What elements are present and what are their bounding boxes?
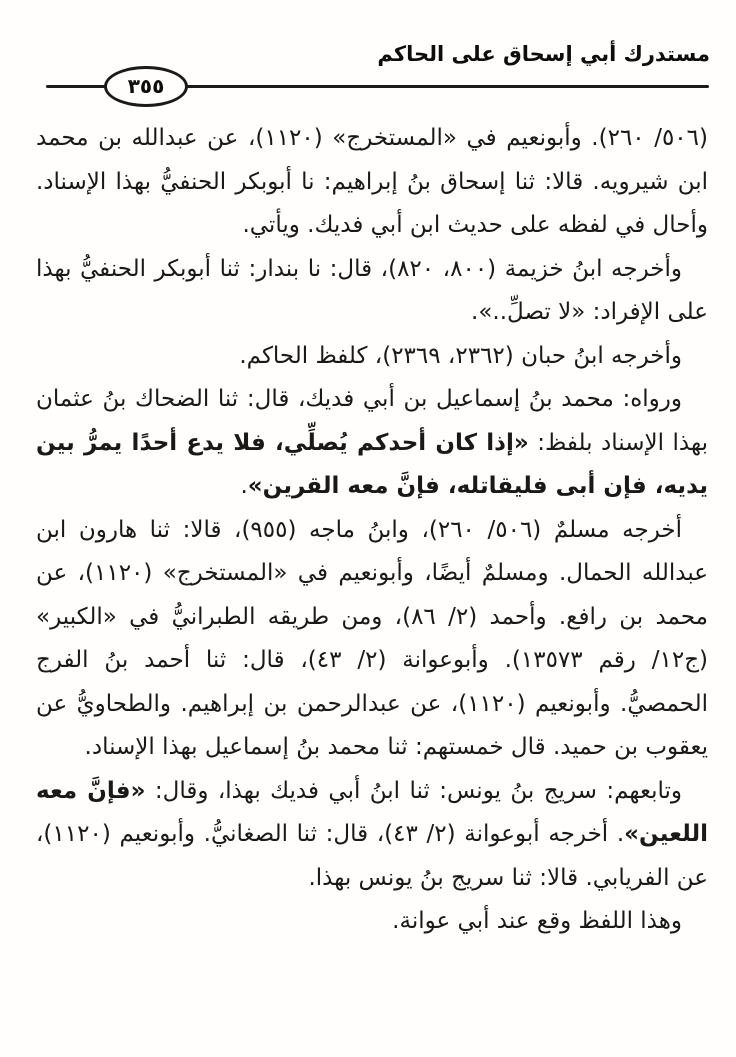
book-page: مستدرك أبي إسحاق على الحاكم ٣٥٥ (٥٠٦/ ٢٦… — [0, 0, 736, 1057]
page-number-badge: ٣٥٥ — [104, 66, 188, 107]
body-text: أخرجه مسلمٌ (٥٠٦/ ٢٦٠)، وابنُ ماجه (٩٥٥)… — [36, 517, 708, 761]
paragraph: وتابعهم: سريج بنُ يونس: ثنا ابنُ أبي فدي… — [36, 770, 708, 901]
body-text: وهذا اللفظ وقع عند أبي عوانة. — [392, 908, 682, 934]
paragraph: (٥٠٦/ ٢٦٠). وأبونعيم في «المستخرج» (١١٢٠… — [36, 117, 708, 248]
paragraph: وأخرجه ابنُ خزيمة (٨٠٠، ٨٢٠)، قال: نا بن… — [36, 248, 708, 335]
page-body: (٥٠٦/ ٢٦٠). وأبونعيم في «المستخرج» (١١٢٠… — [36, 117, 708, 944]
body-text: . أخرجه أبوعوانة (٢/ ٤٣)، قال: ثنا الصغا… — [36, 821, 708, 891]
paragraph: ورواه: محمد بنُ إسماعيل بن أبي فديك، قال… — [36, 378, 708, 509]
page-number: ٣٥٥ — [128, 76, 165, 98]
body-text: وأخرجه ابنُ حبان (٢٣٦٢، ٢٣٦٩)، كلفظ الحا… — [239, 343, 682, 369]
body-text: وتابعهم: سريج بنُ يونس: ثنا ابنُ أبي فدي… — [145, 778, 682, 804]
paragraph: أخرجه مسلمٌ (٥٠٦/ ٢٦٠)، وابنُ ماجه (٩٥٥)… — [36, 509, 708, 770]
paragraph: وهذا اللفظ وقع عند أبي عوانة. — [36, 900, 708, 944]
body-text: وأخرجه ابنُ خزيمة (٨٠٠، ٨٢٠)، قال: نا بن… — [36, 256, 708, 326]
body-text: . — [240, 473, 247, 499]
body-text: (٥٠٦/ ٢٦٠). وأبونعيم في «المستخرج» (١١٢٠… — [36, 125, 708, 238]
book-title: مستدرك أبي إسحاق على الحاكم — [377, 42, 710, 66]
paragraph: وأخرجه ابنُ حبان (٢٣٦٢، ٢٣٦٩)، كلفظ الحا… — [36, 335, 708, 379]
